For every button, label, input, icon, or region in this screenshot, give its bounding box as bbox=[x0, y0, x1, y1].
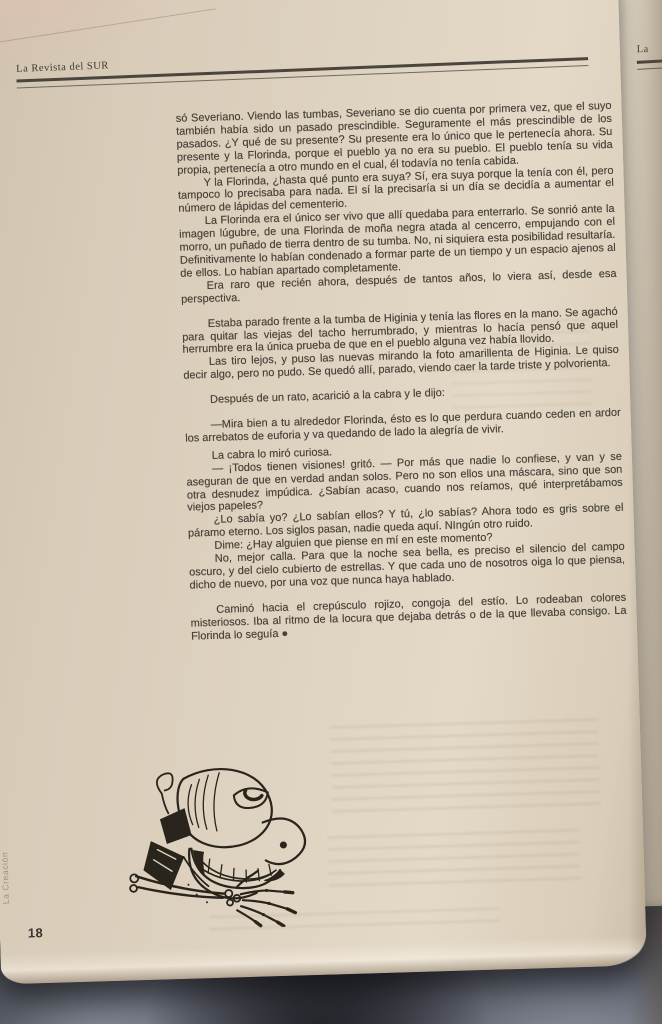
showthrough-text bbox=[330, 719, 600, 813]
paragraph: Caminó hacia el crepúsculo rojizo, congo… bbox=[190, 591, 627, 643]
masthead: La Revista del SUR bbox=[16, 60, 109, 75]
showthrough-text bbox=[327, 829, 581, 892]
caricature-illustration bbox=[95, 761, 320, 932]
page-number: 18 bbox=[28, 925, 44, 940]
adjacent-masthead: La bbox=[637, 44, 649, 55]
magazine-photo: La La Revista del SUR só Severiano. Vien… bbox=[0, 0, 662, 1024]
spine-label: La Creación bbox=[0, 784, 11, 904]
adjacent-masthead-rule bbox=[637, 59, 662, 70]
paragraph: Después de un rato, acarició a la cabra … bbox=[184, 382, 620, 408]
page-crease bbox=[0, 8, 216, 47]
magazine-page: La Revista del SUR só Severiano. Viendo … bbox=[0, 0, 647, 984]
article-text: só Severiano. Viendo las tumbas, Severia… bbox=[176, 100, 628, 643]
